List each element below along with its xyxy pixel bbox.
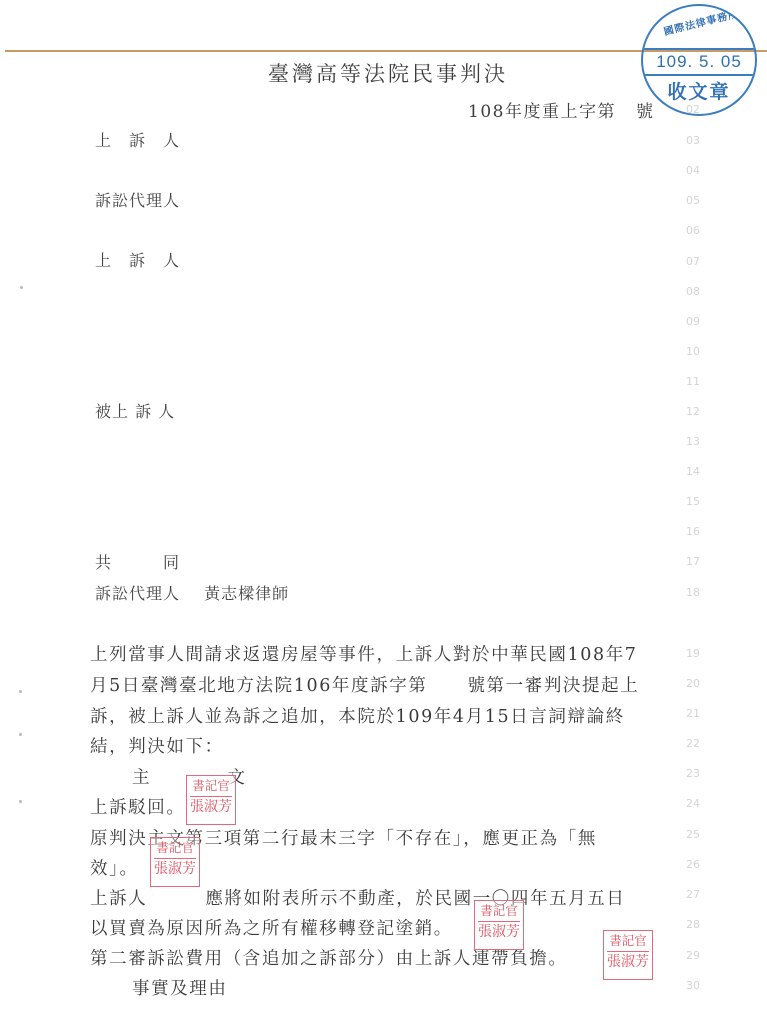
line-number: 20: [686, 677, 700, 690]
clerk-seal-divider: [154, 858, 196, 859]
line-number: 17: [686, 555, 700, 568]
clerk-seal-name: 張淑芳: [187, 800, 235, 814]
intro-line-2-start: 月5日臺灣臺北地方法院106年度訴字第: [90, 676, 427, 696]
intro-line-4: 結，判決如下：: [90, 733, 224, 758]
received-stamp-label: 收文章: [643, 77, 755, 104]
line-number: 26: [686, 858, 700, 871]
party-name-counsel-2: 黃志樑律師: [204, 584, 289, 603]
party-role-joint: 共 同: [95, 550, 180, 573]
line-number: 30: [686, 979, 700, 992]
clerk-seal-divider: [607, 951, 649, 952]
clerk-seal: 書記官 張淑芳: [603, 930, 653, 980]
line-number: 12: [686, 405, 700, 418]
line-number: 16: [686, 525, 700, 538]
case-number: 108年度重上字第號: [468, 97, 654, 122]
clerk-seal-title: 書記官: [187, 780, 235, 793]
line-number: 19: [686, 647, 700, 660]
party-role-appellee: 被上 訴 人: [95, 399, 175, 422]
clerk-seal: 書記官 張淑芳: [186, 775, 236, 825]
clerk-seal-title: 書記官: [151, 842, 199, 855]
party-role-appellant-1: 上 訴 人: [95, 128, 180, 151]
line-number: 29: [686, 949, 700, 962]
line-number: 02: [686, 103, 700, 116]
line-number: 11: [686, 375, 700, 388]
received-stamp-organization: 國際法律事務所: [655, 4, 748, 40]
main-text-line-5: 以買賣為原因所為之所有權移轉登記塗銷。: [90, 915, 453, 940]
clerk-seal: 書記官 張淑芳: [150, 837, 200, 887]
line-number: 25: [686, 828, 700, 841]
line-number: 06: [686, 224, 700, 237]
line-number: 10: [686, 345, 700, 358]
clerk-seal-name: 張淑芳: [475, 925, 523, 939]
line-number: 07: [686, 255, 700, 268]
party-role-counsel-2: 訴訟代理人: [95, 584, 180, 603]
line-number: 22: [686, 737, 700, 750]
clerk-seal-divider: [478, 921, 520, 922]
clerk-seal-title: 書記官: [475, 905, 523, 918]
main-text-line-4-end: 應將如附表所示不動產，於民國一〇四年五月五日: [205, 889, 625, 909]
case-number-prefix: 108年度重上字第: [468, 102, 616, 122]
scan-speck: [19, 800, 22, 803]
party-role-appellant-2: 上 訴 人: [95, 248, 180, 271]
received-stamp-date: 109. 5. 05: [643, 52, 755, 72]
intro-line-2: 月5日臺灣臺北地方法院106年度訴字第號第一審判決提起上: [90, 672, 639, 697]
line-number: 14: [686, 465, 700, 478]
main-text-line-4: 上訴人應將如附表所示不動產，於民國一〇四年五月五日: [90, 885, 626, 910]
main-text-line-1: 上訴駁回。: [90, 794, 186, 819]
line-number: 13: [686, 435, 700, 448]
line-number: 04: [686, 164, 700, 177]
line-number: 05: [686, 194, 700, 207]
line-number: 09: [686, 315, 700, 328]
main-text-line-4-start: 上訴人: [90, 889, 147, 909]
received-stamp: 國際法律事務所 109. 5. 05 收文章: [641, 4, 757, 116]
clerk-seal-name: 張淑芳: [604, 955, 652, 969]
line-number: 08: [686, 285, 700, 298]
clerk-seal-divider: [190, 796, 232, 797]
line-number: 23: [686, 767, 700, 780]
line-number: 03: [686, 134, 700, 147]
line-number: 15: [686, 495, 700, 508]
scan-speck: [19, 690, 22, 693]
scan-speck: [19, 733, 22, 736]
intro-line-2-end: 號第一審判決提起上: [467, 676, 639, 696]
facts-heading: 事實及理由: [132, 975, 228, 1000]
clerk-seal-name: 張淑芳: [151, 862, 199, 876]
document-title: 臺灣高等法院民事判決: [268, 58, 508, 88]
main-text-line-3: 效」。: [90, 855, 139, 880]
party-row-joint-counsel: 訴訟代理人 黃志樑律師: [95, 581, 289, 604]
line-number: 18: [686, 586, 700, 599]
line-number: 27: [686, 888, 700, 901]
line-number: 24: [686, 797, 700, 810]
intro-line-3: 訴，被上訴人並為訴之追加，本院於109年4月15日言詞辯論終: [90, 703, 625, 728]
clerk-seal-title: 書記官: [604, 935, 652, 948]
line-number: 21: [686, 707, 700, 720]
intro-line-1: 上列當事人間請求返還房屋等事件，上訴人對於中華民國108年7: [90, 641, 638, 666]
case-number-suffix: 號: [636, 102, 655, 122]
party-role-counsel-1: 訴訟代理人: [95, 188, 180, 211]
line-number: 28: [686, 918, 700, 931]
scan-speck: [20, 286, 23, 289]
clerk-seal: 書記官 張淑芳: [474, 900, 524, 950]
